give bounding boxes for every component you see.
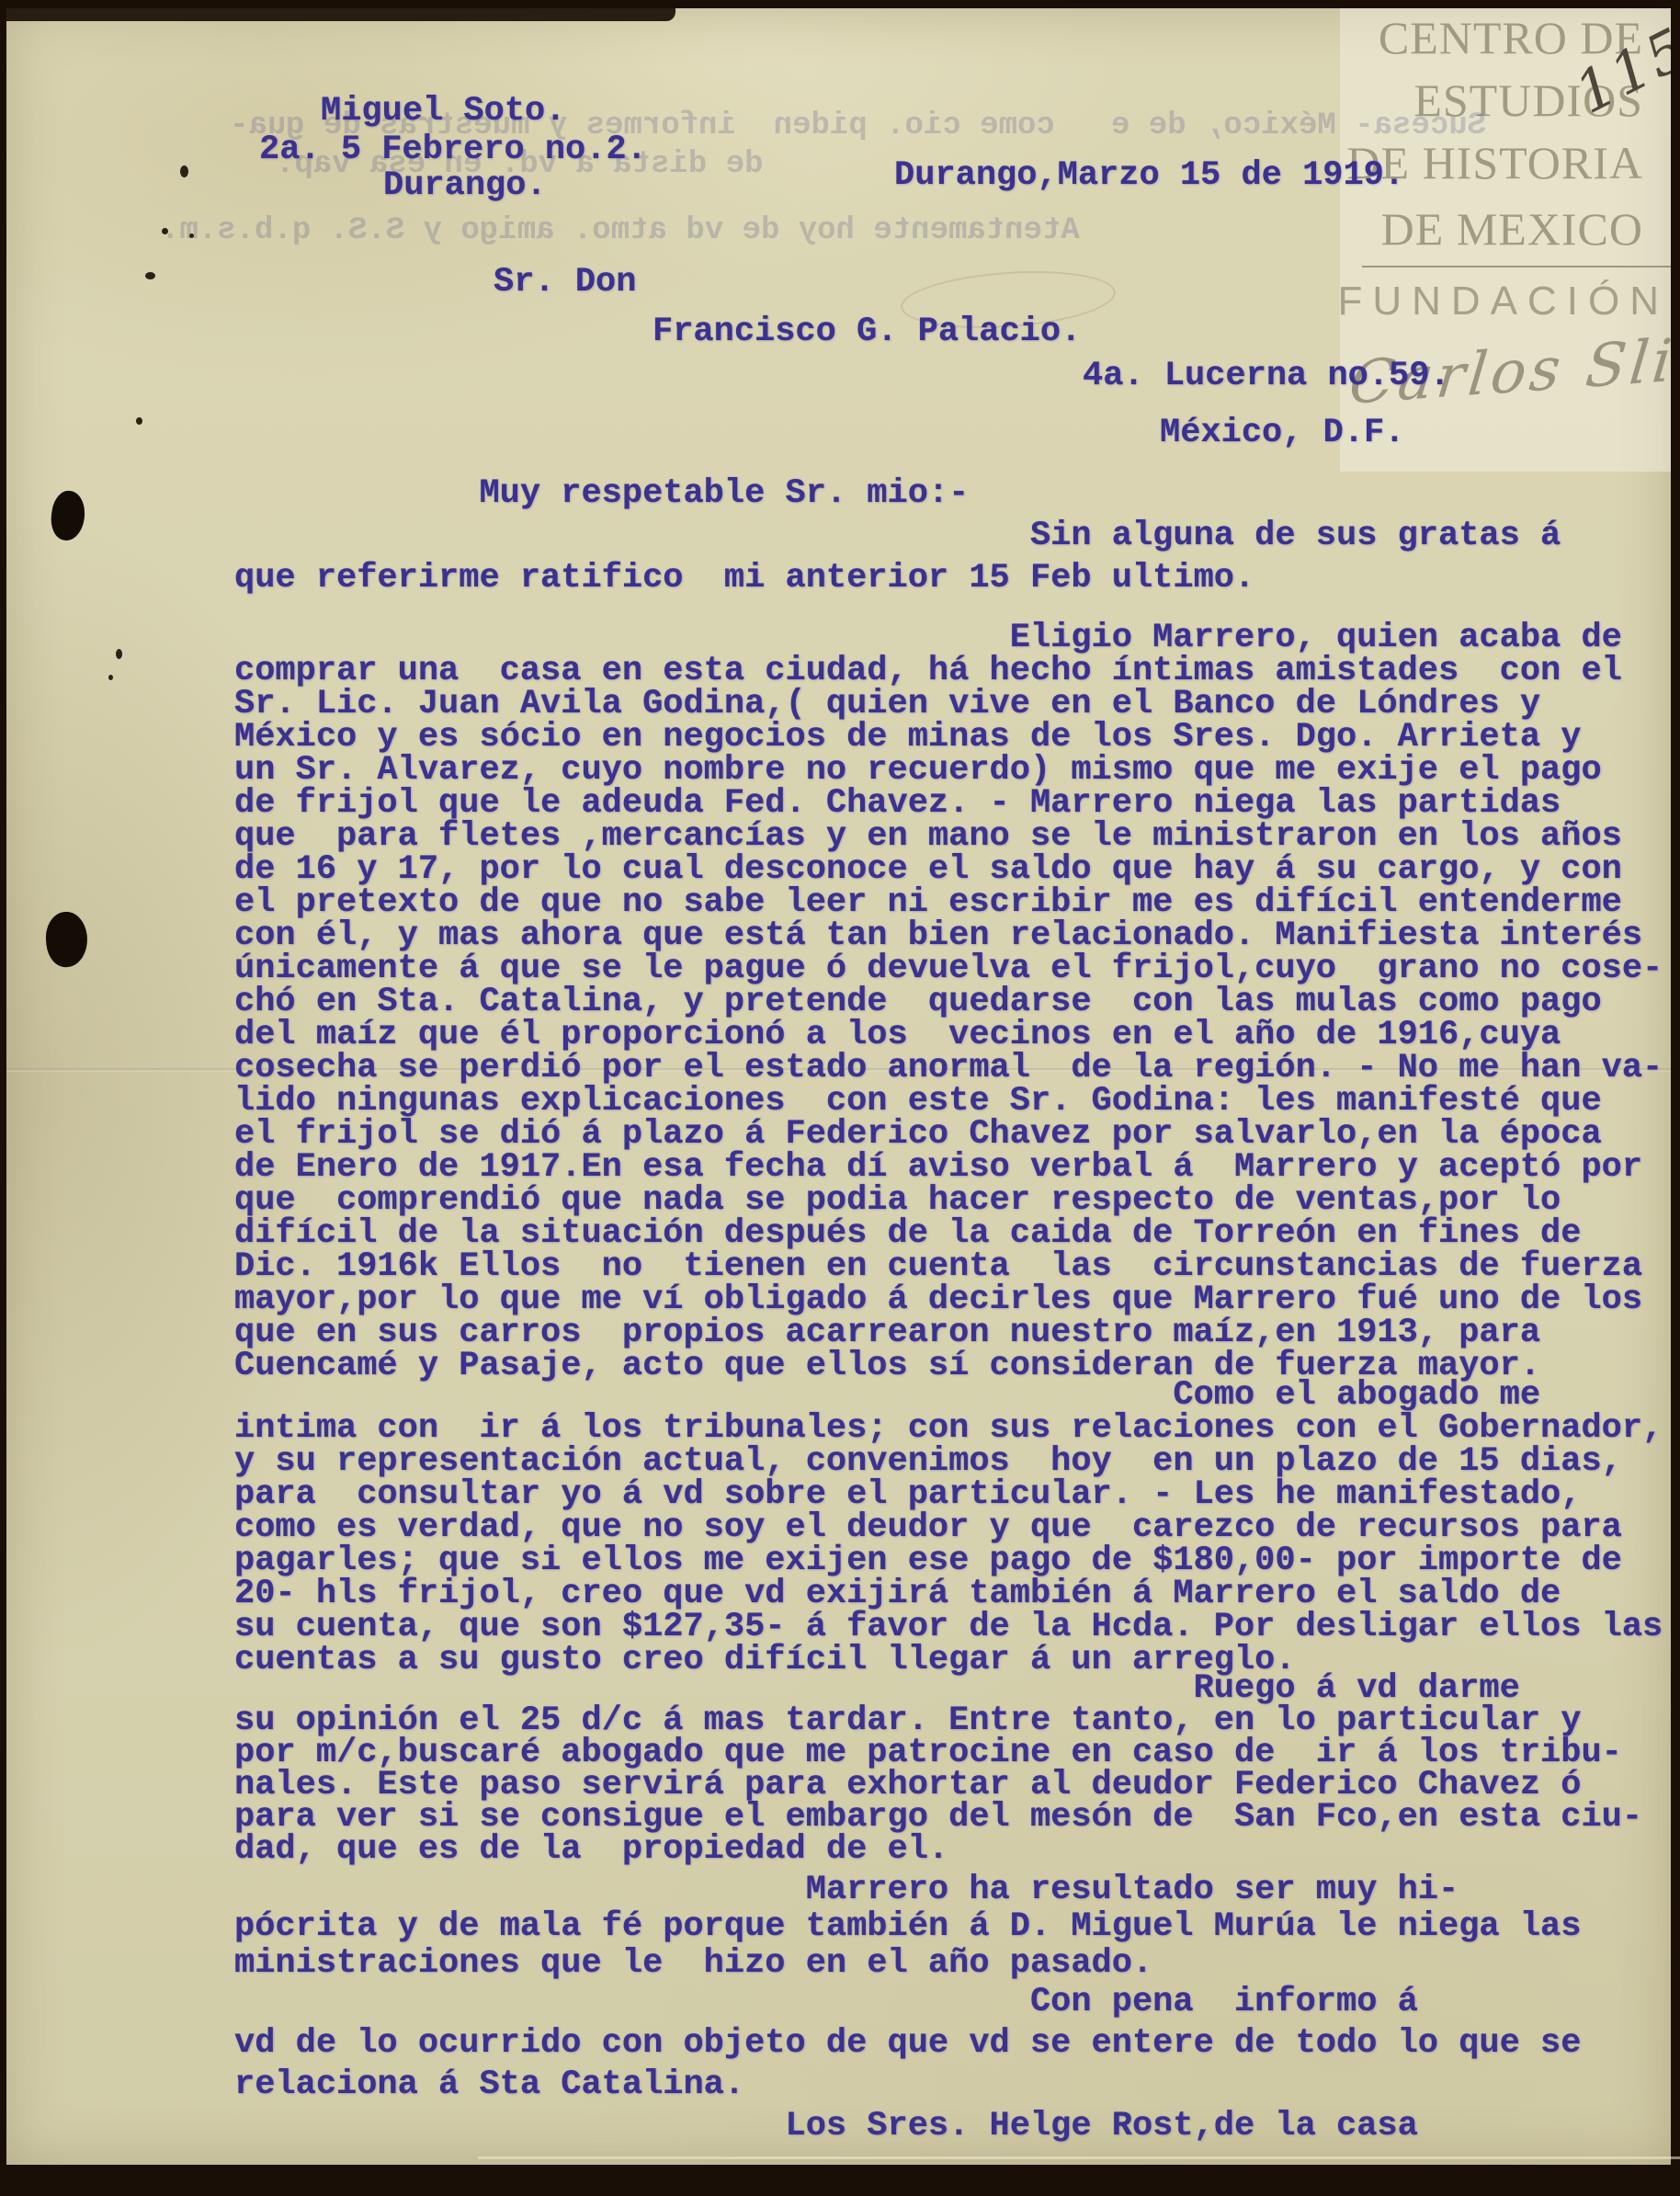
ink-speck bbox=[180, 165, 188, 177]
watermark-divider-rule bbox=[1362, 266, 1680, 267]
scan-edge-left bbox=[0, 0, 6, 2196]
body-paragraph-1: Eligio Marrero, quien acaba de comprar u… bbox=[234, 621, 1663, 1382]
body-paragraph-4: Marrero ha resultado ser muy hi- pócrita… bbox=[234, 1872, 1581, 1982]
scan-edge-bottom bbox=[0, 2165, 1680, 2196]
ink-speck bbox=[145, 272, 155, 279]
watermark-foundation-wordmark: FUNDACIÓN bbox=[1337, 279, 1669, 324]
recipient-city: México, D.F. bbox=[1160, 414, 1404, 452]
letterhead-sender-name: Miguel Soto. bbox=[321, 92, 565, 131]
letterhead-sender-city: Durango. bbox=[383, 166, 547, 205]
recipient-name: Francisco G. Palacio. bbox=[653, 313, 1081, 351]
recipient-street-address: 4a. Lucerna no.59. bbox=[1083, 357, 1450, 395]
ink-speck bbox=[116, 649, 122, 659]
recipient-salutation-prefix: Sr. Don bbox=[494, 263, 636, 302]
body-paragraph-2: Como el abogado me intima con ir á los t… bbox=[234, 1379, 1663, 1677]
watermark-line-de-mexico: DE MEXICO bbox=[1381, 206, 1643, 252]
paper-bottom-edge-highlight bbox=[478, 2156, 1680, 2159]
ink-speck bbox=[136, 417, 142, 425]
salutation-and-opening-paragraph: Muy respetable Sr. mio:- Sin alguna de s… bbox=[234, 472, 1561, 599]
bleed-through-text-line: Atentamente hoy de vd atmo. amigo y S.S.… bbox=[161, 213, 1080, 248]
scanned-letter-page: CENTRO DE ESTUDIOS DE HISTORIA DE MEXICO… bbox=[0, 0, 1680, 2196]
scan-edge-right bbox=[1671, 0, 1680, 2196]
body-paragraph-3: Ruego á vd darme su opinión el 25 d/c á … bbox=[234, 1673, 1642, 1866]
body-paragraph-5: Con pena informo á vd de lo ocurrido con… bbox=[234, 1982, 1581, 2147]
dateline: Durango,Marzo 15 de 1919. bbox=[894, 156, 1404, 195]
ink-speck bbox=[189, 233, 194, 238]
ink-speck bbox=[162, 228, 168, 234]
scan-edge-top-left bbox=[0, 0, 675, 21]
letterhead-sender-address: 2a. 5 Febrero no.2. bbox=[259, 131, 647, 169]
ink-speck bbox=[108, 675, 113, 680]
